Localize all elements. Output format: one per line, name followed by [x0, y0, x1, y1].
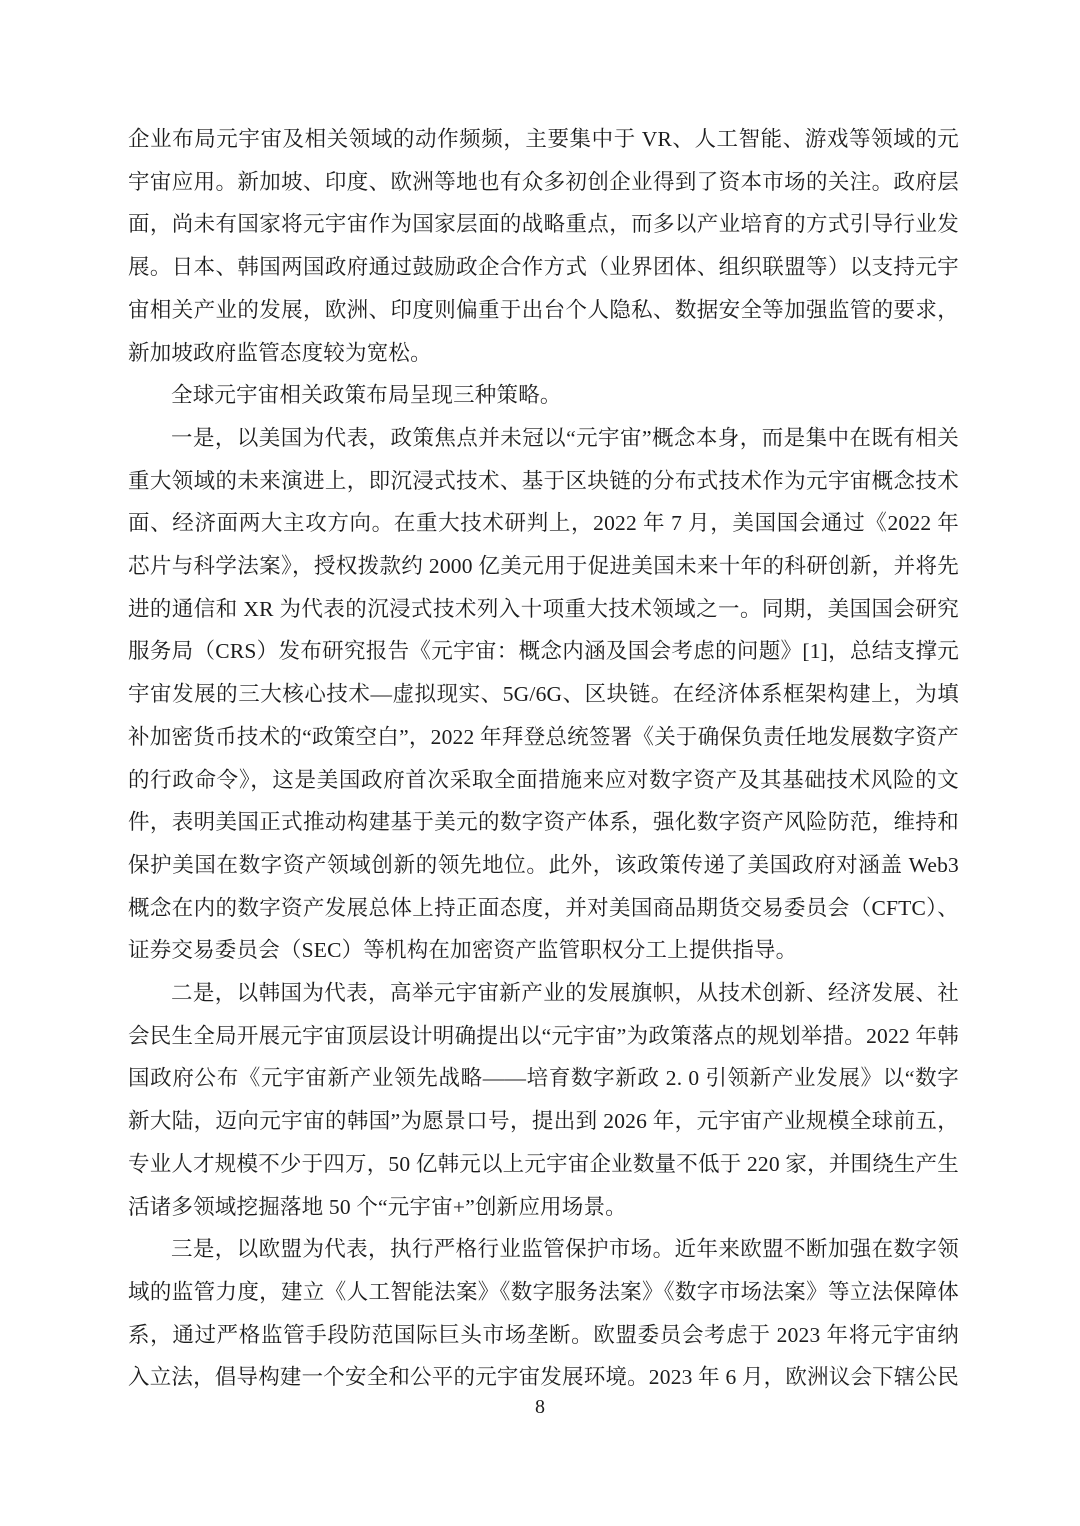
- paragraph-strategy-usa: 一是，以美国为代表，政策焦点并未冠以“元宇宙”概念本身，而是集中在既有相关重大领…: [128, 417, 959, 972]
- body-text: 企业布局元宇宙及相关领域的动作频频，主要集中于 VR、人工智能、游戏等领域的元宇…: [128, 118, 959, 1399]
- paragraph-strategy-korea: 二是，以韩国为代表，高举元宇宙新产业的发展旗帜，从技术创新、经济发展、社会民生全…: [128, 972, 959, 1228]
- document-page: 企业布局元宇宙及相关领域的动作频频，主要集中于 VR、人工智能、游戏等领域的元宇…: [0, 0, 1080, 1526]
- paragraph-three-strategies-intro: 全球元宇宙相关政策布局呈现三种策略。: [128, 374, 959, 417]
- paragraph-global-overview: 企业布局元宇宙及相关领域的动作频频，主要集中于 VR、人工智能、游戏等领域的元宇…: [128, 118, 959, 374]
- paragraph-strategy-eu: 三是，以欧盟为代表，执行严格行业监管保护市场。近年来欧盟不断加强在数字领域的监管…: [128, 1228, 959, 1399]
- page-number: 8: [0, 1396, 1080, 1419]
